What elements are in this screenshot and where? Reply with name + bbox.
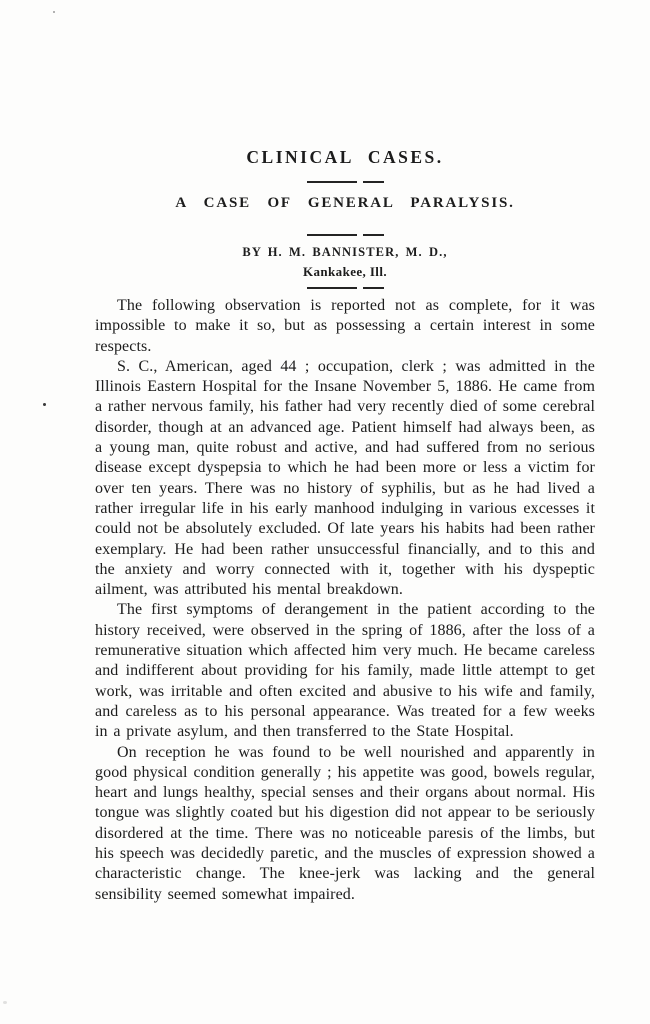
- section-title: CLINICAL CASES.: [95, 147, 595, 168]
- article-title: A CASE OF GENERAL PARALYSIS.: [95, 195, 595, 212]
- paragraph-patient-history: S. C., American, aged 44 ; occupation, c…: [95, 357, 595, 601]
- article-body: The following observation is reported no…: [95, 296, 595, 905]
- divider-dash-long: [307, 234, 357, 236]
- paragraph-first-symptoms: The first symptoms of derangement in the…: [95, 600, 595, 742]
- paragraph-reception-exam: On reception he was found to be well nou…: [95, 743, 595, 905]
- divider-dash-short: [363, 181, 384, 183]
- divider-dash-short: [363, 287, 384, 289]
- author-location: Kankakee, Ill.: [95, 264, 595, 280]
- divider-rule: [95, 286, 595, 289]
- scanned-journal-page: CLINICAL CASES. A CASE OF GENERAL PARALY…: [0, 0, 650, 1024]
- divider-dash-long: [307, 287, 357, 289]
- author-byline: BY H. M. BANNISTER, M. D.,: [95, 245, 595, 260]
- scan-speck: [3, 1001, 7, 1004]
- scan-speck: [43, 403, 46, 406]
- divider-rule: [95, 233, 595, 236]
- paragraph-intro: The following observation is reported no…: [95, 296, 595, 357]
- scan-speck: [53, 11, 55, 13]
- text-column: CLINICAL CASES. A CASE OF GENERAL PARALY…: [95, 147, 595, 905]
- divider-rule: [95, 180, 595, 183]
- divider-dash-long: [307, 181, 357, 183]
- divider-dash-short: [363, 234, 384, 236]
